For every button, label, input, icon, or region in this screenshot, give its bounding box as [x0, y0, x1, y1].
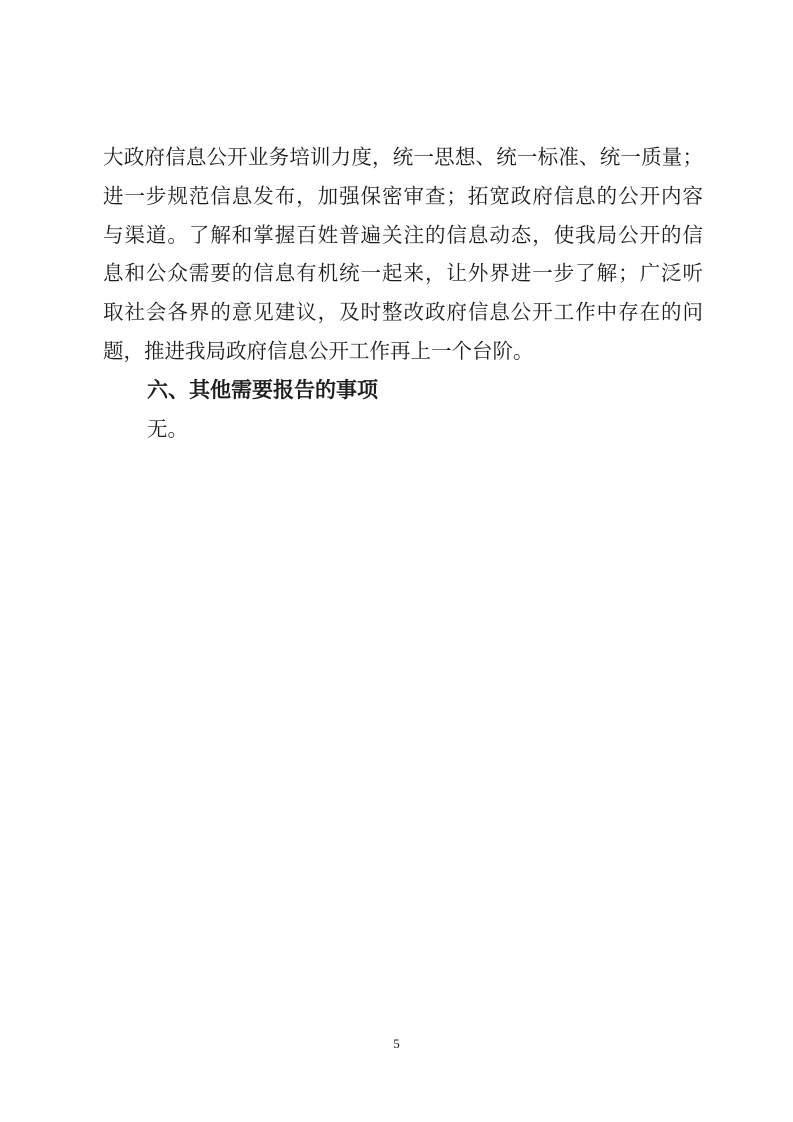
paragraph-line: 与渠道。了解和掌握百姓普遍关注的信息动态，使我局公开的信 [103, 217, 703, 256]
body-text: 大政府信息公开业务培训力度，统一思想、统一标准、统一质量； 进一步规范信息发布，… [103, 139, 703, 449]
paragraph-line: 题，推进我局政府信息公开工作再上一个台阶。 [103, 333, 703, 372]
paragraph-line: 进一步规范信息发布，加强保密审查；拓宽政府信息的公开内容 [103, 178, 703, 217]
paragraph-line: 取社会各界的意见建议，及时整改政府信息公开工作中存在的问 [103, 294, 703, 333]
paragraph-line: 大政府信息公开业务培训力度，统一思想、统一标准、统一质量； [103, 139, 703, 178]
section-heading: 六、其他需要报告的事项 [103, 372, 703, 411]
document-page: 大政府信息公开业务培训力度，统一思想、统一标准、统一质量； 进一步规范信息发布，… [0, 0, 793, 1122]
page-number: 5 [0, 1036, 793, 1052]
section-body-line: 无。 [103, 411, 703, 450]
paragraph-line: 息和公众需要的信息有机统一起来，让外界进一步了解；广泛听 [103, 255, 703, 294]
